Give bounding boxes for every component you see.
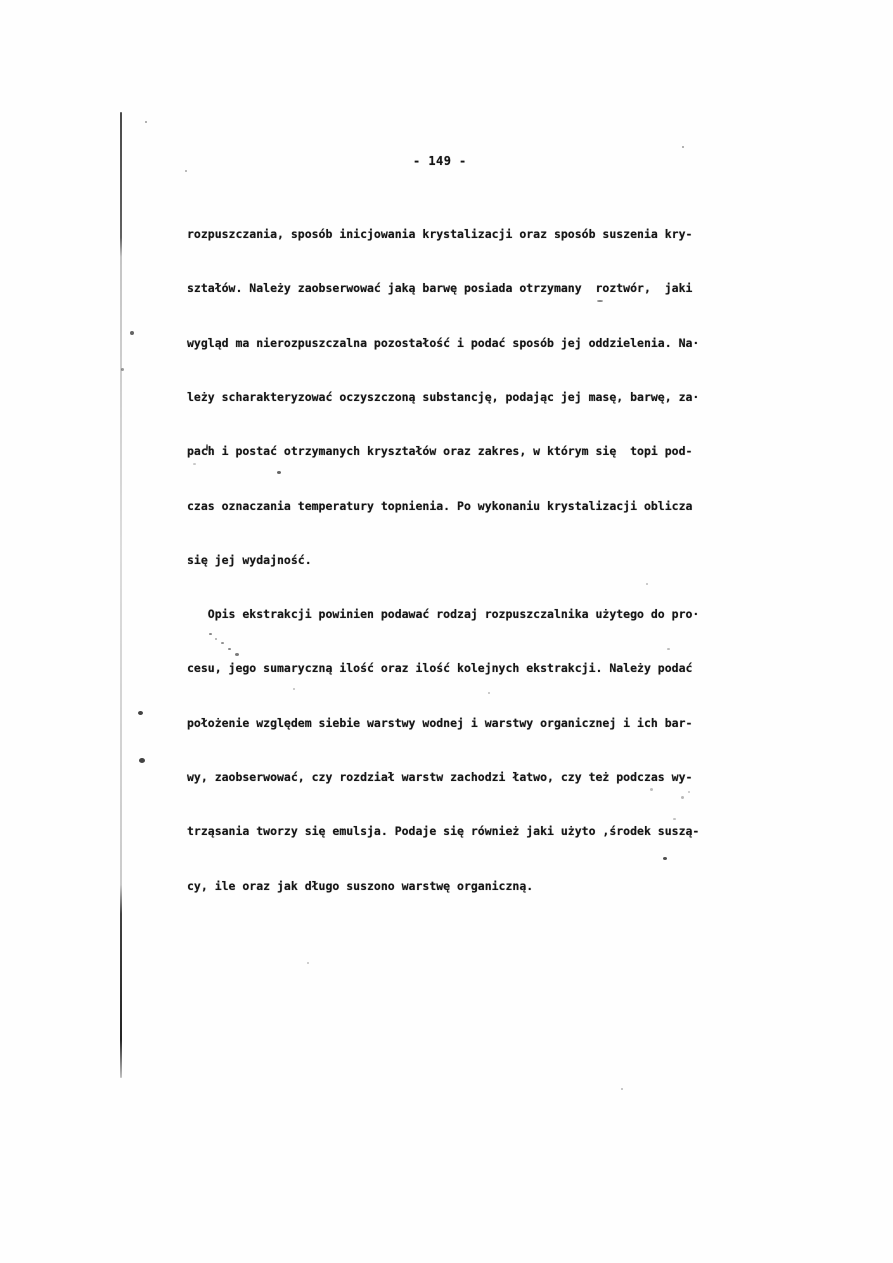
scan-speck xyxy=(488,692,490,694)
scan-fold-line xyxy=(120,112,122,1078)
text-line: wygląd ma nierozpuszczalna pozostałość i… xyxy=(187,334,717,352)
text-line: trząsania tworzy się emulsja. Podaje się… xyxy=(187,822,717,840)
scan-speck xyxy=(121,368,124,371)
text-line: się jej wydajność. xyxy=(187,551,717,569)
text-line: wy, zaobserwować, czy rozdział warstw za… xyxy=(187,768,717,786)
scan-speck xyxy=(130,331,134,335)
scan-speck xyxy=(646,583,648,585)
scan-speck xyxy=(277,471,281,474)
scan-speck xyxy=(663,857,667,860)
scan-speck xyxy=(667,648,670,650)
scan-speck xyxy=(209,452,211,454)
scan-speck xyxy=(293,688,295,690)
text-line: Opis ekstrakcji powinien podawać rodzaj … xyxy=(187,605,717,623)
scan-speck xyxy=(621,1088,623,1090)
scan-speck xyxy=(221,642,224,644)
scan-speck xyxy=(307,962,309,964)
body-text: rozpuszczania, sposób inicjowania krysta… xyxy=(187,189,717,931)
text-line: rozpuszczania, sposób inicjowania krysta… xyxy=(187,225,717,243)
scan-speck xyxy=(228,648,231,650)
scan-speck xyxy=(145,121,147,123)
scan-speck xyxy=(215,638,217,640)
text-line: cesu, jego sumaryczną ilość oraz ilość k… xyxy=(187,659,717,677)
scan-speck xyxy=(138,711,143,715)
scan-speck xyxy=(235,653,239,656)
text-line: czas oznaczania temperatury topnienia. P… xyxy=(187,497,717,515)
scan-speck xyxy=(185,170,187,172)
scan-speck xyxy=(193,463,196,465)
scan-speck xyxy=(650,788,653,791)
text-line: cy, ile oraz jak długo suszono warstwę o… xyxy=(187,877,717,895)
text-line: położenie względem siebie warstwy wodnej… xyxy=(187,714,717,732)
scan-speck xyxy=(139,758,145,763)
text-line: leży scharakteryzować oczyszczoną substa… xyxy=(187,388,717,406)
scan-speck xyxy=(597,300,603,302)
scan-speck xyxy=(673,818,676,820)
scan-speck xyxy=(682,146,684,148)
scan-speck xyxy=(209,633,212,635)
scanned-document-page: - 149 - rozpuszczania, sposób inicjowani… xyxy=(0,0,893,1263)
text-line: pach i postać otrzymanych kryształów ora… xyxy=(187,442,717,460)
page-number: - 149 - xyxy=(413,154,467,168)
scan-speck xyxy=(257,448,259,450)
scan-speck xyxy=(206,444,208,451)
scan-speck xyxy=(688,791,690,793)
scan-speck xyxy=(681,796,684,799)
text-line: ształów. Należy zaobserwować jaką barwę … xyxy=(187,279,717,297)
